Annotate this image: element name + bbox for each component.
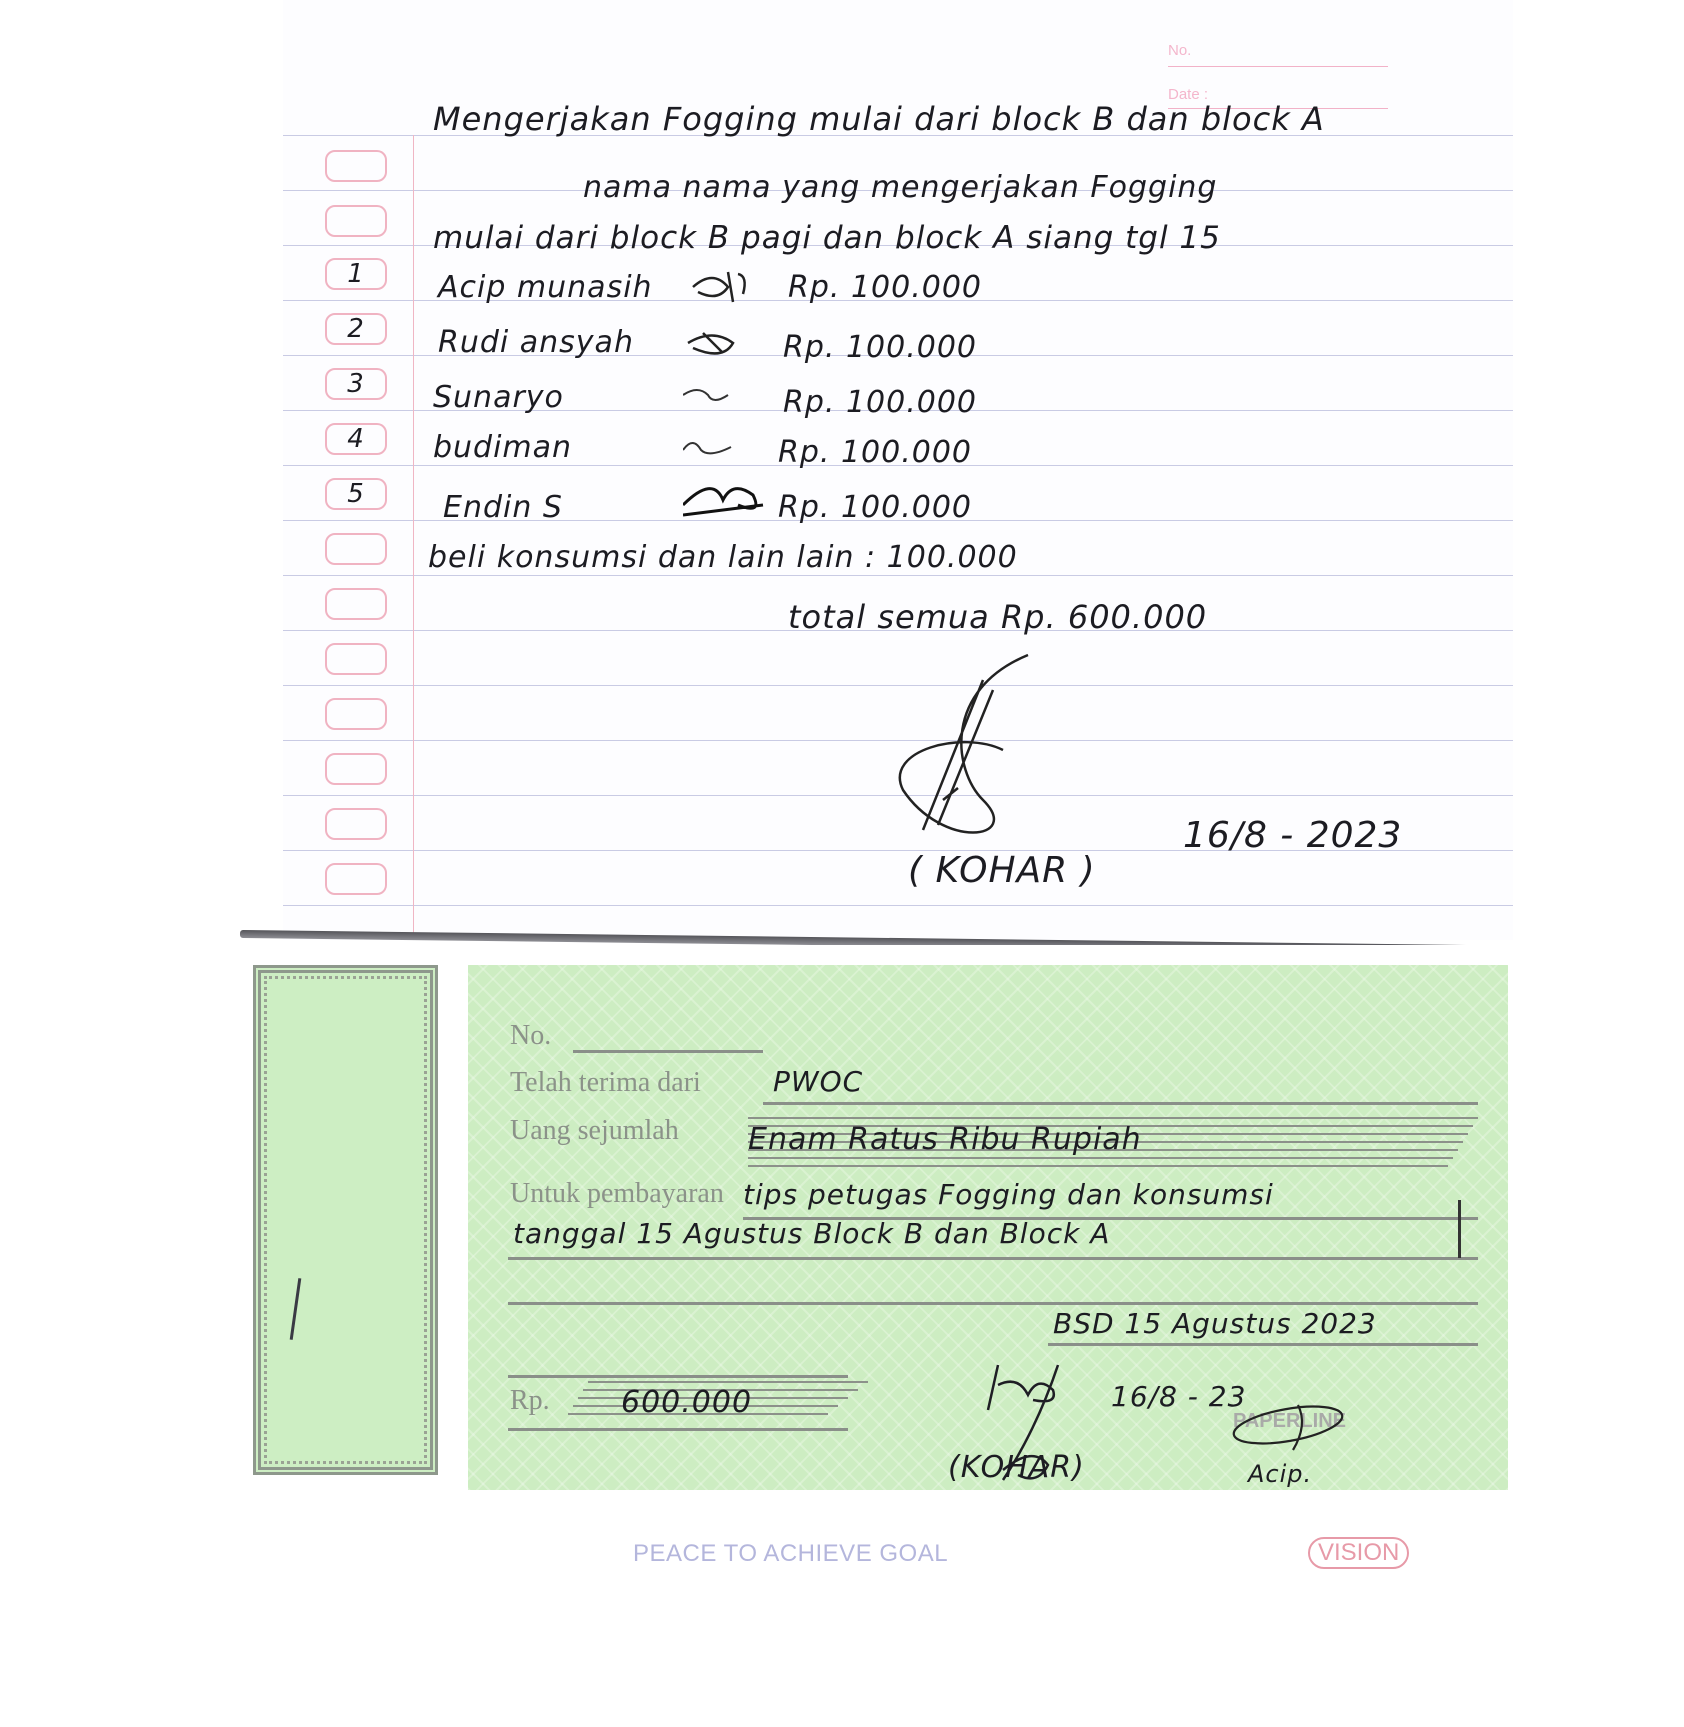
rp-value: 600.000 xyxy=(621,1385,752,1420)
row-number-box: 5 xyxy=(325,478,387,510)
amount-words-line xyxy=(748,1157,1453,1159)
row-number-box xyxy=(325,643,387,675)
place-date-line xyxy=(1048,1343,1478,1346)
receipt-signer: (KOHAR) xyxy=(948,1450,1085,1485)
stub-mark xyxy=(290,1278,302,1340)
place-date: BSD 15 Agustus 2023 xyxy=(1053,1307,1377,1340)
row-number-box xyxy=(325,150,387,182)
received-from-label: Telah terima dari xyxy=(510,1067,701,1099)
row-number-box xyxy=(325,863,387,895)
notebook-date: 16/8 - 2023 xyxy=(1183,815,1402,856)
worker-amount: Rp. 100.000 xyxy=(783,385,977,420)
header-no-label: No. xyxy=(1168,42,1191,59)
amount-words-label: Uang sejumlah xyxy=(510,1115,679,1147)
consumables-line: beli konsumsi dan lain lain : 100.000 xyxy=(428,540,1018,575)
total-line: total semua Rp. 600.000 xyxy=(788,598,1207,636)
rp-line-top xyxy=(508,1375,848,1378)
worker-amount: Rp. 100.000 xyxy=(778,435,972,470)
purpose-line-2: tanggal 15 Agustus Block B dan Block A xyxy=(513,1217,1110,1250)
row-number-box xyxy=(325,808,387,840)
blank-line xyxy=(508,1302,1478,1305)
row-number-box xyxy=(325,698,387,730)
amount-words-line xyxy=(748,1165,1448,1167)
row-number-box xyxy=(325,753,387,785)
received-from-value: PWOC xyxy=(773,1065,863,1098)
row-number-box: 2 xyxy=(325,313,387,345)
ruled-line xyxy=(283,905,1513,906)
worker-amount: Rp. 100.000 xyxy=(778,490,972,525)
rp-fill-line xyxy=(588,1381,868,1383)
amount-words-line xyxy=(748,1117,1478,1119)
signer-name: ( KOHAR ) xyxy=(908,850,1096,891)
intro-line-3: mulai dari block B pagi dan block A sian… xyxy=(433,220,1221,256)
intro-line-1: Mengerjakan Fogging mulai dari block B d… xyxy=(433,100,1325,138)
purpose-bracket xyxy=(1458,1200,1461,1258)
row-number-box xyxy=(325,205,387,237)
margin-line xyxy=(413,135,414,940)
signature-date: 16/8 - 23 xyxy=(1111,1380,1246,1413)
header-no-line xyxy=(1168,66,1388,67)
worker-name: budiman xyxy=(433,430,572,465)
receipt-stub xyxy=(253,965,438,1475)
row-number-box xyxy=(325,588,387,620)
receipt-no-line xyxy=(573,1050,763,1053)
receipt-no-label: No. xyxy=(510,1020,551,1052)
row-number-box xyxy=(325,533,387,565)
worker-name: Rudi ansyah xyxy=(438,325,634,360)
worker-name: Endin S xyxy=(443,490,563,525)
kohar-signature xyxy=(883,650,1083,840)
ruled-line xyxy=(283,575,1513,576)
rp-label: Rp. xyxy=(510,1385,550,1417)
footer-slogan: PEACE TO ACHIEVE GOAL xyxy=(633,1540,948,1568)
amount-words-value: Enam Ratus Ribu Rupiah xyxy=(748,1122,1142,1157)
receipt: No. Telah terima dari PWOC Uang sejumlah… xyxy=(228,945,1553,1565)
notebook-page: No. Date : 1 2 3 4 5 Mengerjakan Fogging… xyxy=(283,0,1513,940)
acip-signature xyxy=(1228,1395,1358,1465)
purpose-line-1: tips petugas Fogging dan konsumsi xyxy=(743,1178,1274,1211)
purpose-label: Untuk pembayaran xyxy=(510,1178,724,1210)
worker-name: Acip munasih xyxy=(438,270,653,305)
footer-brand: VISION xyxy=(1308,1537,1409,1569)
rp-line-bottom xyxy=(508,1428,848,1431)
worker-amount: Rp. 100.000 xyxy=(783,330,977,365)
worker-name: Sunaryo xyxy=(433,380,564,415)
row-number-box: 1 xyxy=(325,258,387,290)
purpose-line xyxy=(508,1257,1478,1260)
worker-signatures xyxy=(683,265,793,525)
row-number-box: 3 xyxy=(325,368,387,400)
received-from-line xyxy=(763,1102,1478,1105)
worker-amount: Rp. 100.000 xyxy=(788,270,982,305)
cosigner: Acip. xyxy=(1248,1460,1312,1488)
intro-line-2: nama nama yang mengerjakan Fogging xyxy=(583,170,1217,205)
row-number-box: 4 xyxy=(325,423,387,455)
